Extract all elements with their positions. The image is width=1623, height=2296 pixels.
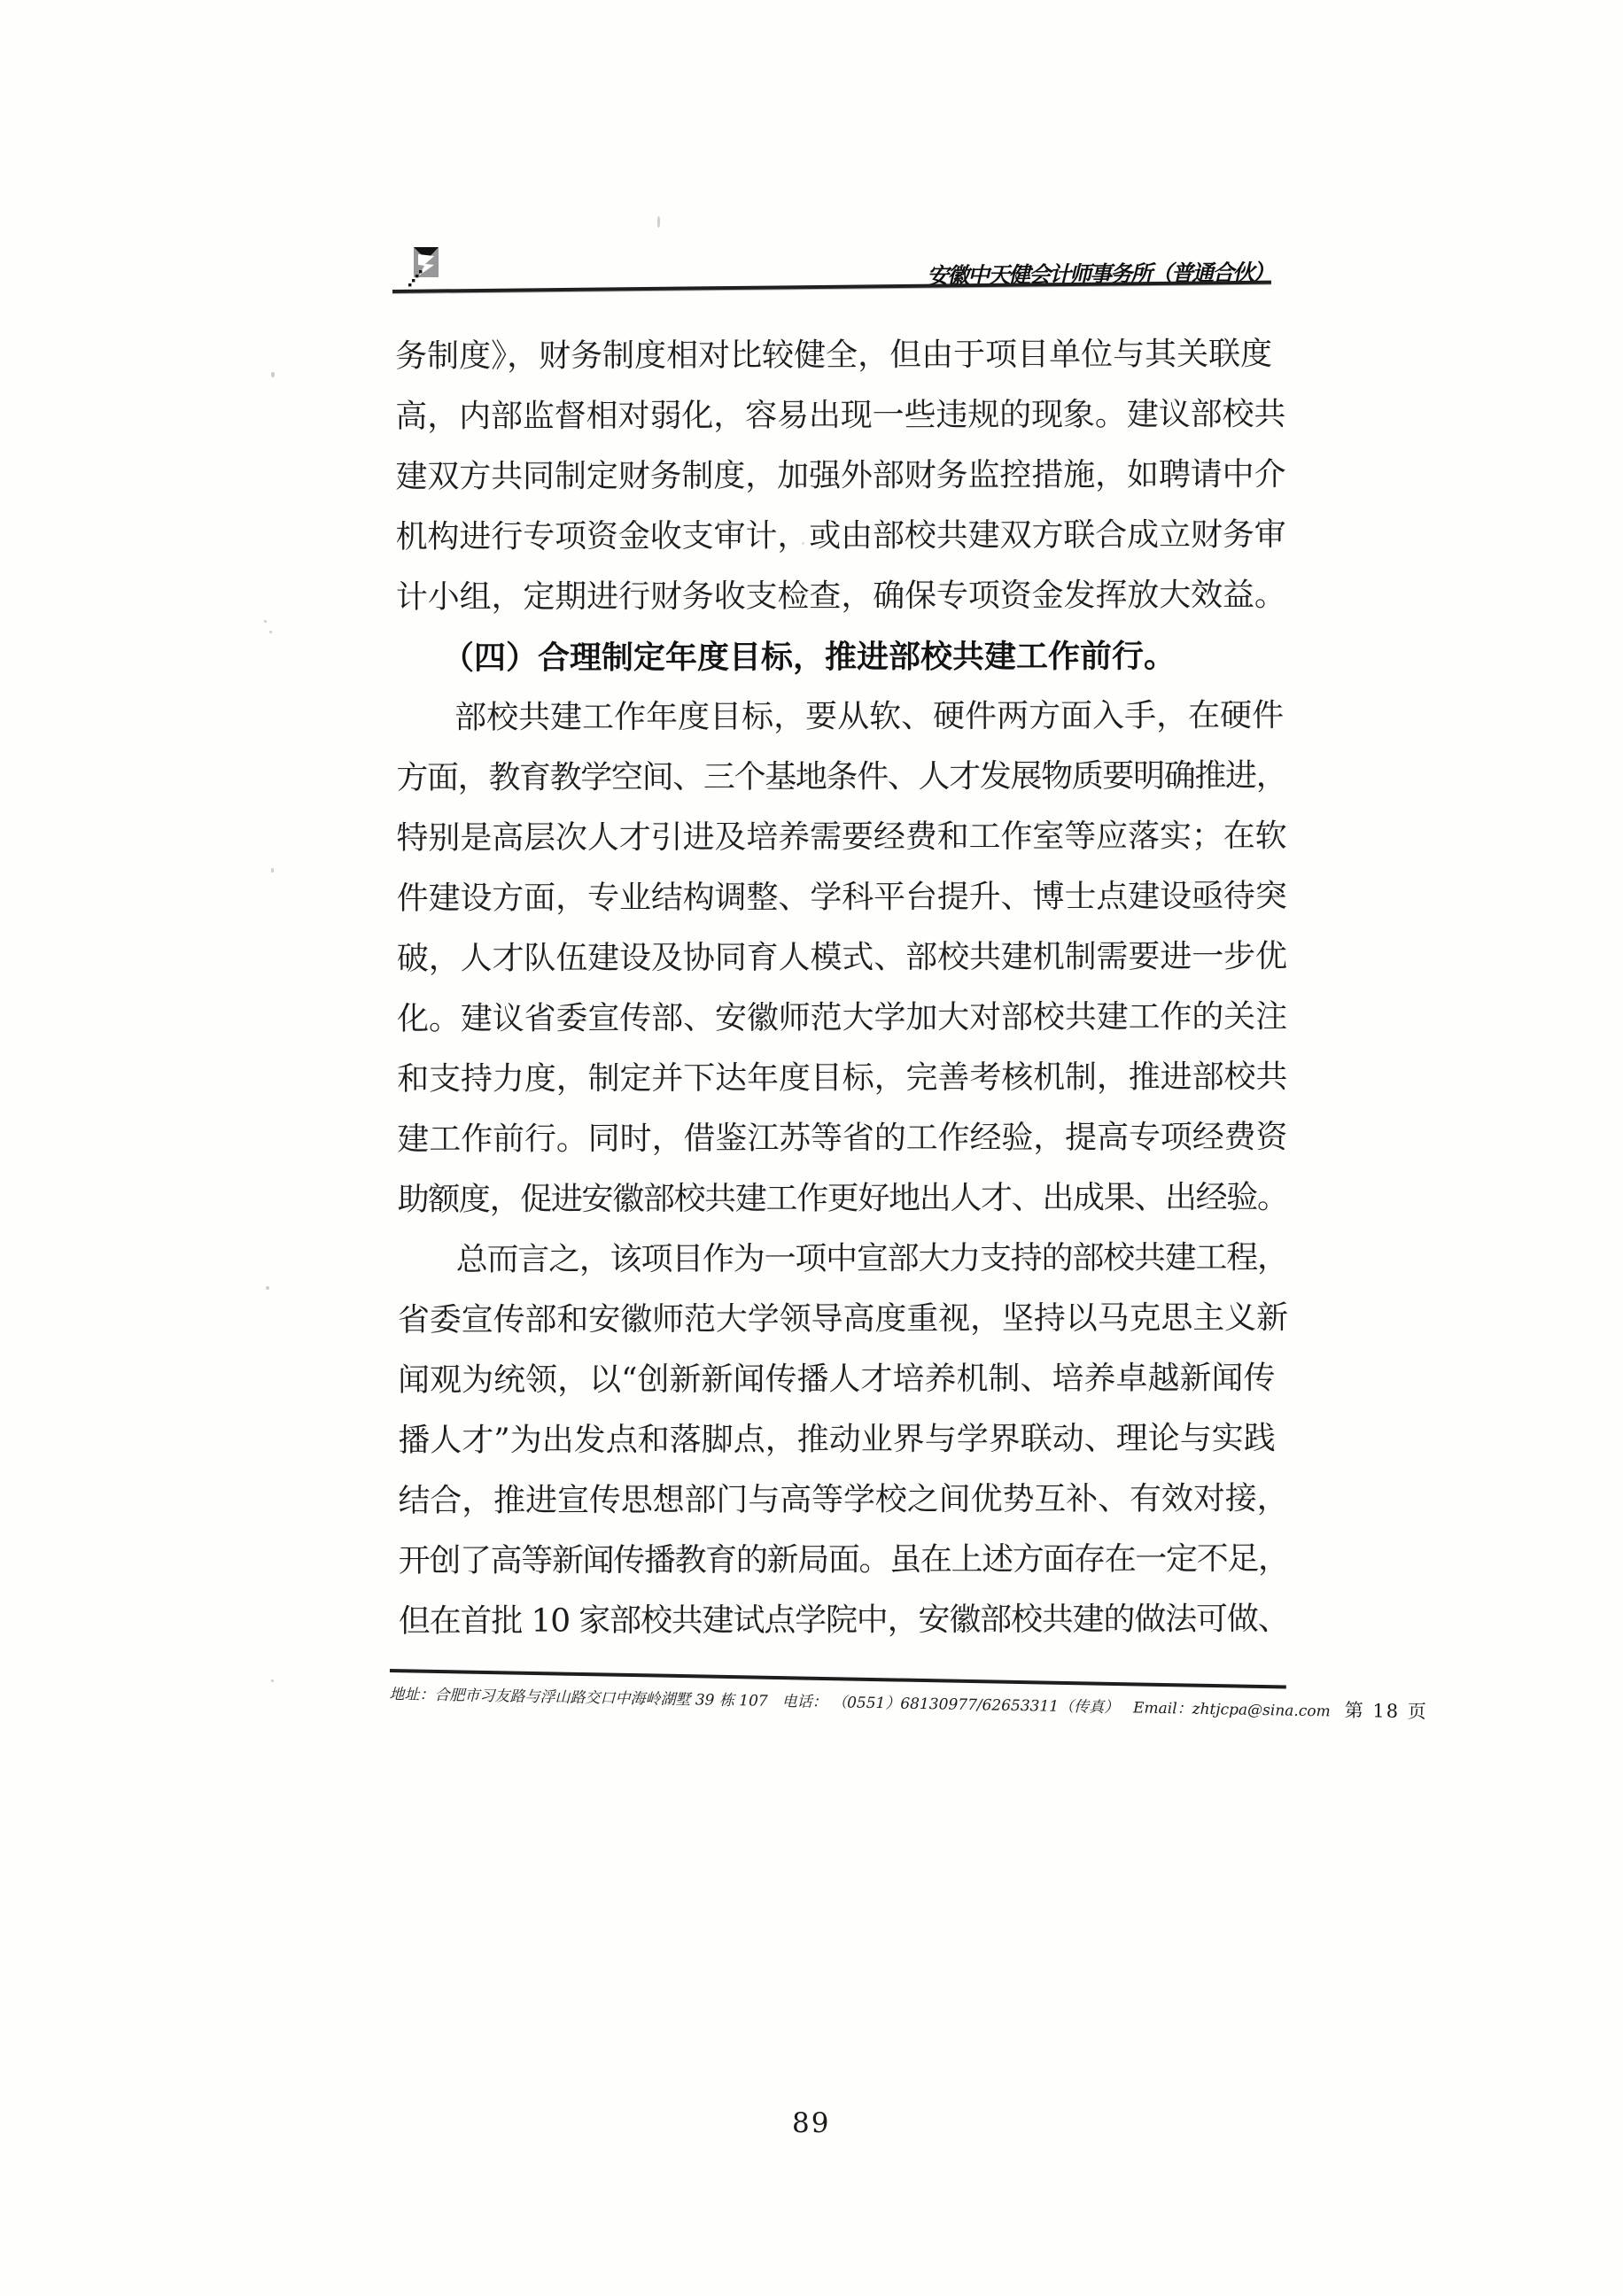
text-line: 开创了高等新闻传播教育的新局面。虽在上述方面存在一定不足， <box>399 1529 1289 1592</box>
document-body: 务制度》，财务制度相对比较健全，但由于项目单位与其关联度高，内部监督相对弱化，容… <box>395 324 1289 1652</box>
scan-artifact <box>657 216 660 228</box>
footer-page-label: 第 18 页 <box>1344 1696 1428 1725</box>
scan-artifact <box>271 868 274 873</box>
text-line: 总而言之，该项目作为一项中宣部大力支持的部校共建工程， <box>398 1228 1288 1291</box>
footer-phone: 电话： （0551）68130977/62653311（传真） <box>782 1688 1120 1717</box>
firm-logo-icon <box>408 246 439 287</box>
scan-artifact <box>264 620 267 623</box>
text-line: 部校共建工作年度目标，要从软、硬件两方面入手，在硬件 <box>396 686 1286 749</box>
letterhead-footer: 地址：合肥市习友路与浮山路交口中海岭湖墅 39 栋 107 电话： （0551）… <box>389 1669 1302 1722</box>
text-line: 破，人才队伍建设及协同育人模式、部校共建机制需要进一步优 <box>397 927 1287 989</box>
text-line: 助额度，促进安徽部校共建工作更好地出人才、出成果、出经验。 <box>397 1167 1287 1230</box>
text-line: 特别是高层次人才引进及培养需要经费和工作室等应落实；在软 <box>396 806 1286 869</box>
text-line: 闻观为统领，以“创新新闻传播人才培养机制、培养卓越新闻传 <box>398 1348 1288 1411</box>
section-heading: （四）合理制定年度目标，推进部校共建工作前行。 <box>396 625 1286 688</box>
scan-artifact <box>269 631 272 633</box>
paragraph-financial-system: 务制度》，财务制度相对比较健全，但由于项目单位与其关联度高，内部监督相对弱化，容… <box>395 324 1286 628</box>
text-line: 播人才”为出发点和落脚点，推动业界与学界联动、理论与实践 <box>398 1408 1288 1471</box>
text-line: 计小组，定期进行财务收支检查，确保专项资金发挥放大效益。 <box>396 565 1286 628</box>
text-line: 建双方共同制定财务制度，加强外部财务监控措施，如聘请中介 <box>395 445 1285 508</box>
text-line: 化。建议省委宣传部、安徽师范大学加大对部校共建工作的关注 <box>397 987 1287 1050</box>
paragraph-summary: 总而言之，该项目作为一项中宣部大力支持的部校共建工程，省委宣传部和安徽师范大学领… <box>398 1228 1289 1652</box>
scan-artifact <box>271 372 275 377</box>
text-line: 方面，教育教学空间、三个基地条件、人才发展物质要明确推进， <box>396 746 1286 809</box>
text-line: 件建设方面，专业结构调整、学科平台提升、博士点建设亟待突 <box>397 866 1287 929</box>
scanned-document-page: 安徽中天健会计师事务所（普通合伙） 务制度》，财务制度相对比较健全，但由于项目单… <box>0 0 1623 2296</box>
footer-address: 地址：合肥市习友路与浮山路交口中海岭湖墅 39 栋 107 <box>389 1681 768 1710</box>
page-number: 89 <box>792 2107 830 2139</box>
text-line: 务制度》，财务制度相对比较健全，但由于项目单位与其关联度 <box>395 324 1285 387</box>
text-line: 省委宣传部和安徽师范大学领导高度重视，坚持以马克思主义新 <box>398 1288 1288 1351</box>
text-line: 但在首批 10 家部校共建试点学院中，安徽部校共建的做法可做、 <box>399 1589 1289 1652</box>
scan-artifact <box>802 542 804 545</box>
text-line: 高，内部监督相对弱化，容易出现一些违规的现象。建议部校共 <box>395 384 1285 447</box>
text-line: 和支持力度，制定并下达年度目标，完善考核机制，推进部校共 <box>397 1047 1287 1110</box>
paragraph-annual-goals: 部校共建工作年度目标，要从软、硬件两方面入手，在硬件方面，教育教学空间、三个基地… <box>396 686 1288 1230</box>
footer-email: Email：zhtjcpa@sina.com <box>1133 1695 1331 1720</box>
scan-artifact <box>271 1679 274 1682</box>
text-line: 结合，推进宣传思想部门与高等学校之间优势互补、有效对接， <box>398 1469 1288 1532</box>
text-line: 建工作前行。同时，借鉴江苏等省的工作经验，提高专项经费资 <box>397 1107 1287 1170</box>
text-line: 机构进行专项资金收支审计，或由部校共建双方联合成立财务审 <box>396 505 1286 568</box>
scan-artifact <box>266 1286 269 1290</box>
